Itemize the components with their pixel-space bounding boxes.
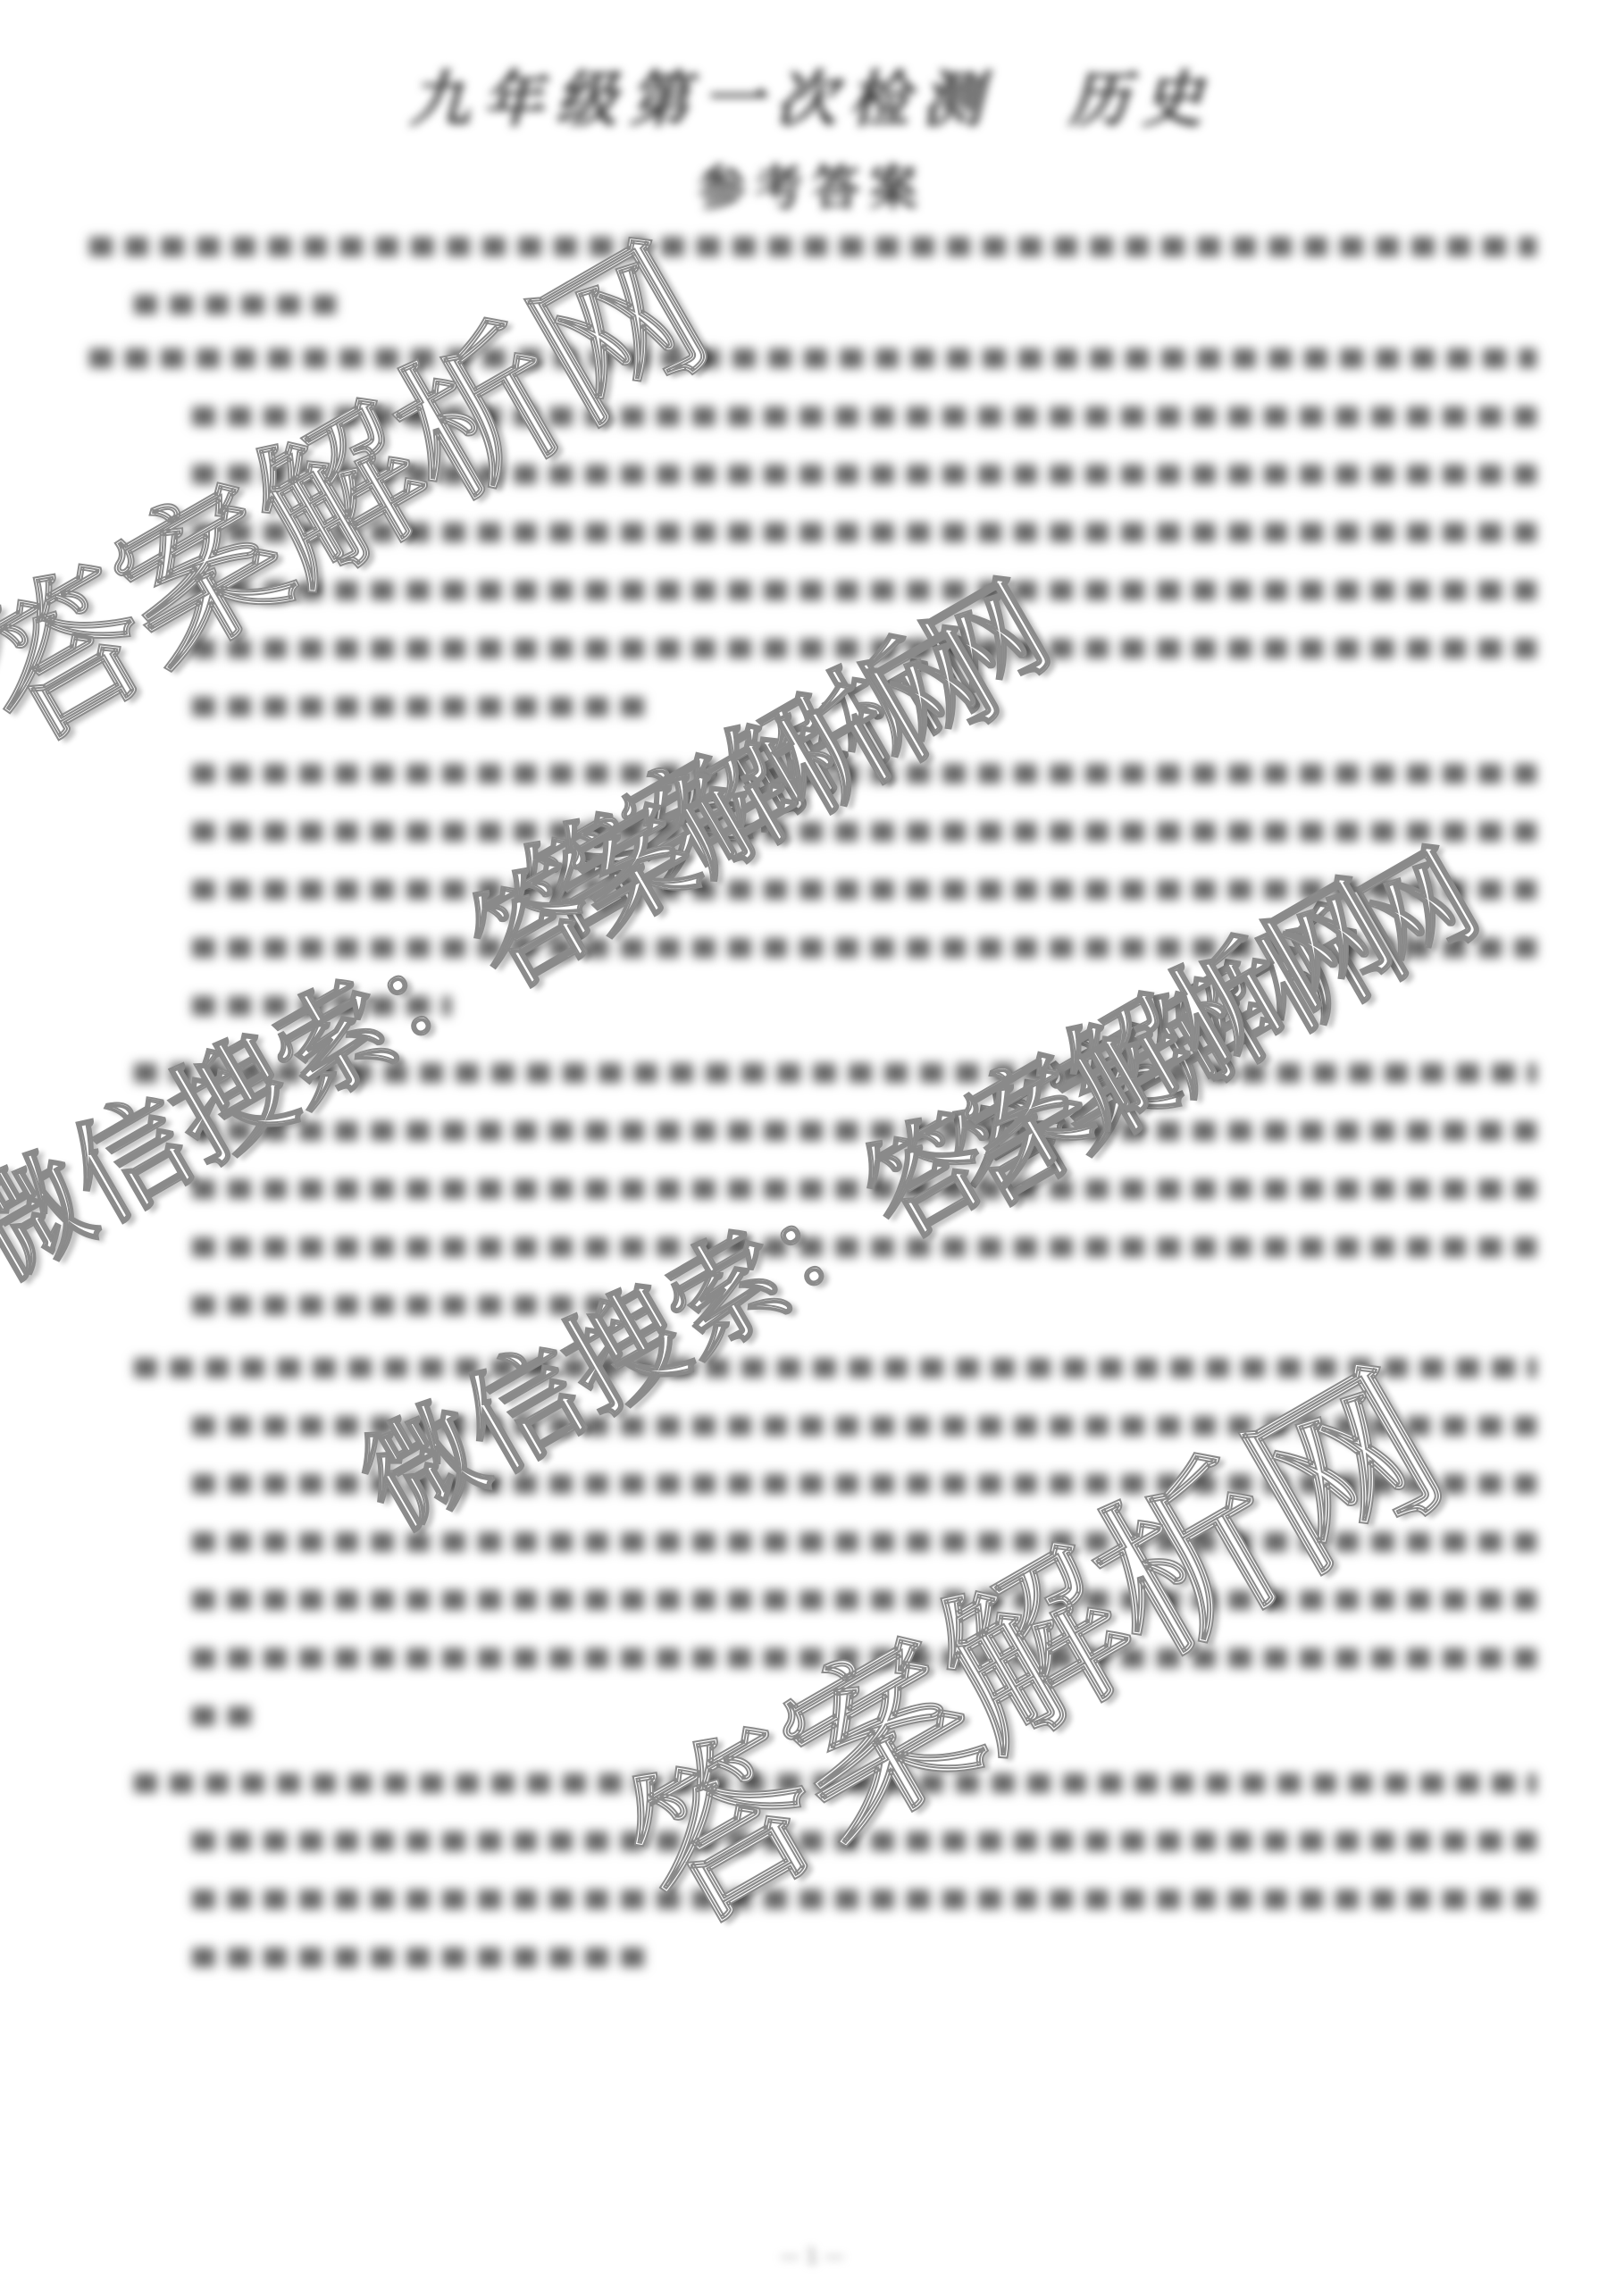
text-line: [192, 697, 657, 716]
document-title: 九年级第一次检测 历史: [0, 52, 1624, 138]
text-line: [89, 237, 1536, 256]
text-line: [192, 1890, 1536, 1909]
watermark: 答案解析网: [578, 1303, 1480, 1972]
text-line: [192, 1706, 255, 1726]
text-line: [89, 348, 1536, 368]
page-number: 1: [806, 2246, 818, 2268]
text-line: [134, 295, 348, 314]
document-subtitle: 参考答案: [0, 150, 1624, 219]
text-line: [192, 1948, 657, 1967]
page-footer: — 1 —: [0, 2246, 1624, 2268]
text-line: [192, 581, 1536, 600]
